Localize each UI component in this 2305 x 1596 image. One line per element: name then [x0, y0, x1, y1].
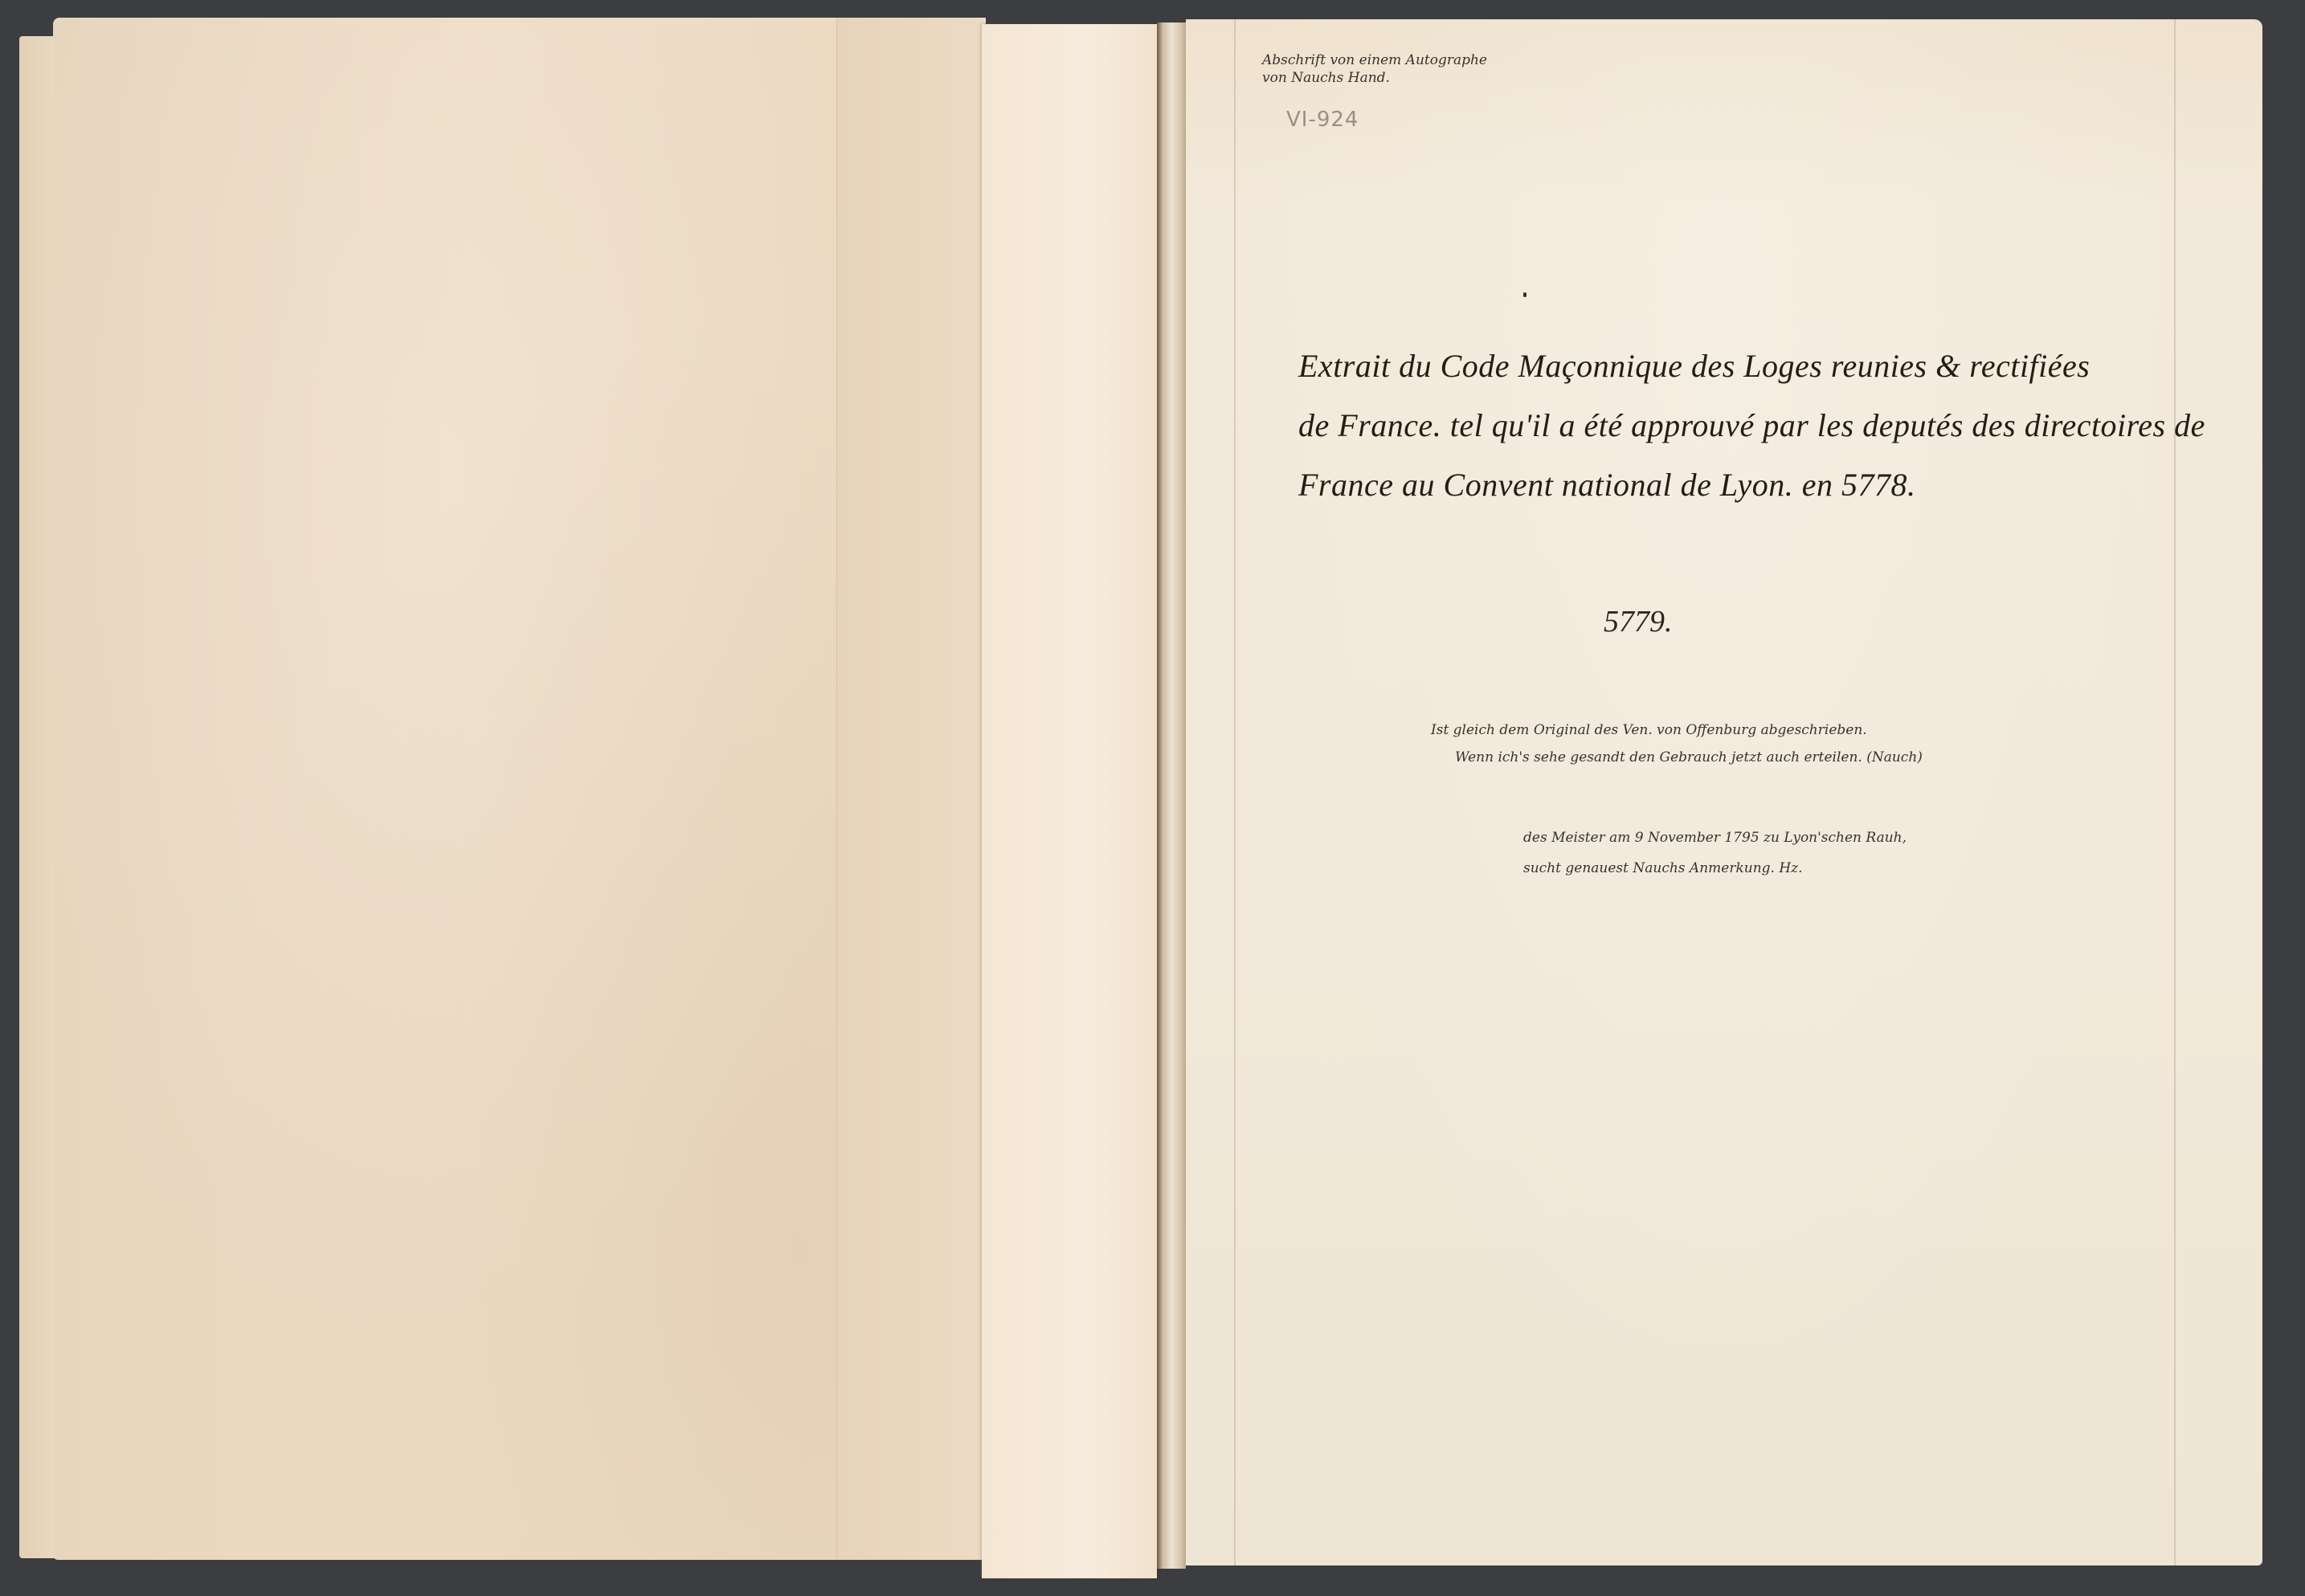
title-line: Extrait du Code Maçonnique des Loges reu…	[1298, 337, 2214, 396]
binding-gutter	[1157, 22, 1186, 1569]
annotation-middle-line: Ist gleich dem Original des Ven. von Off…	[1431, 716, 1923, 744]
annotation-lower-line: des Meister am 9 November 1795 zu Lyon's…	[1523, 822, 1907, 853]
annotation-top-line: von Nauchs Hand.	[1262, 69, 1487, 87]
left-page-blank	[53, 18, 985, 1560]
annotation-middle: Ist gleich dem Original des Ven. von Off…	[1431, 716, 1923, 771]
title-line: de France. tel qu'il a été approuvé par …	[1298, 396, 2214, 455]
cover-board-edge	[19, 36, 58, 1558]
year-5779: 5779.	[1604, 604, 1673, 639]
annotation-lower: des Meister am 9 November 1795 zu Lyon's…	[1523, 822, 1907, 884]
shelfmark: VI-924	[1286, 108, 1359, 132]
manuscript-title: Extrait du Code Maçonnique des Loges reu…	[1298, 337, 2214, 515]
title-line: France au Convent national de Lyon. en 5…	[1298, 455, 2214, 515]
flyleaf-stub	[982, 24, 1157, 1578]
annotation-lower-line: sucht genauest Nauchs Anmerkung. Hz.	[1523, 853, 1907, 884]
margin-rule-left	[1234, 19, 1236, 1565]
title-page: Abschrift von einem Autographe von Nauch…	[1186, 19, 2262, 1565]
annotation-top: Abschrift von einem Autographe von Nauch…	[1262, 51, 1487, 87]
annotation-middle-line: Wenn ich's sehe gesandt den Gebrauch jet…	[1431, 744, 1923, 771]
left-page-fold	[836, 18, 986, 1560]
annotation-top-line: Abschrift von einem Autographe	[1262, 51, 1487, 69]
scanned-manuscript: Abschrift von einem Autographe von Nauch…	[0, 0, 2305, 1596]
ink-dot	[1523, 292, 1526, 297]
margin-rule-right	[2174, 19, 2176, 1565]
